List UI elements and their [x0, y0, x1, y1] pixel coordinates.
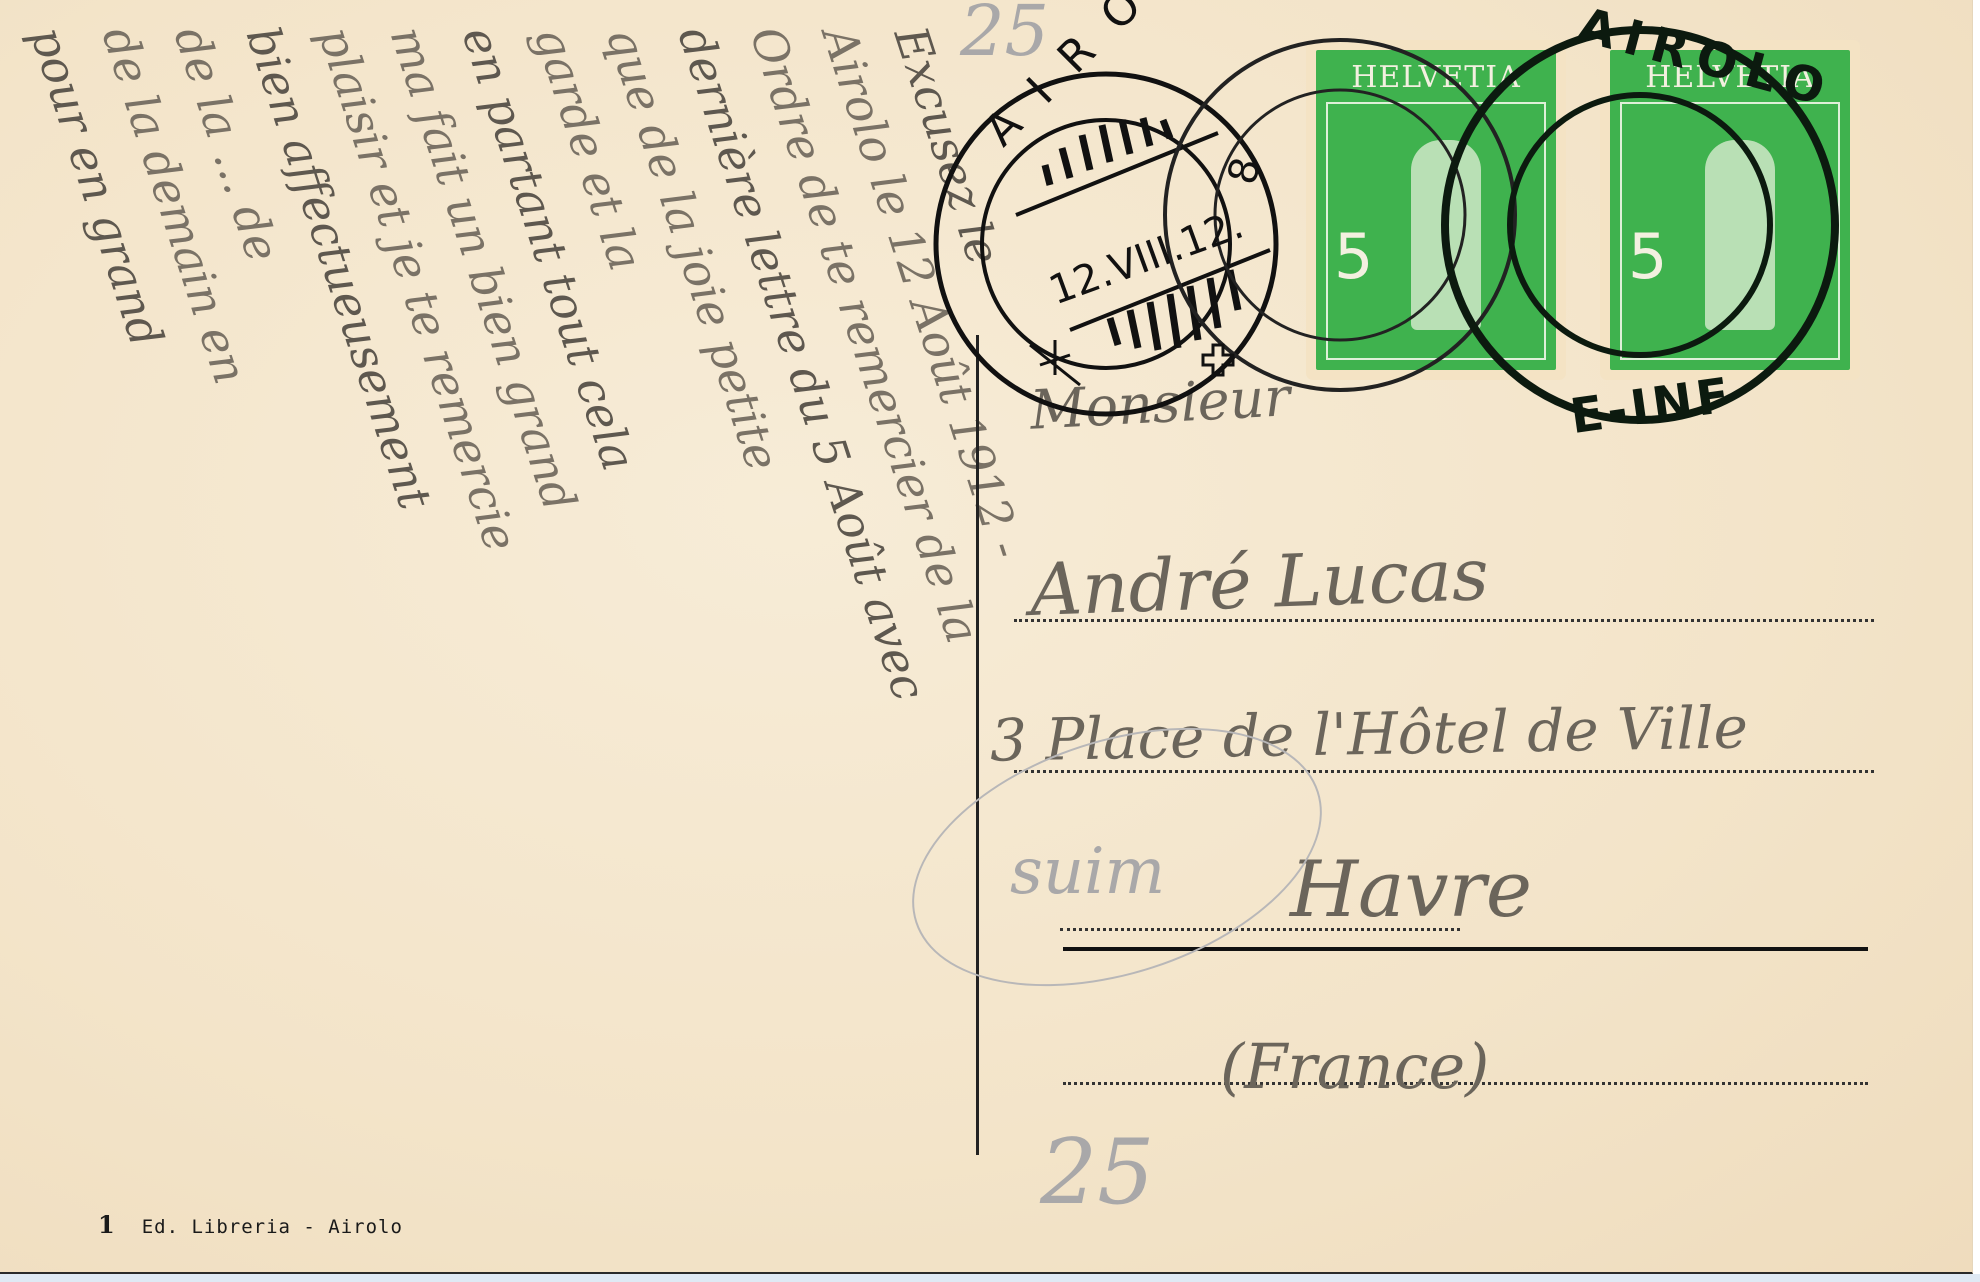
publisher-imprint: 1Ed. Libreria - Airolo — [98, 1210, 403, 1239]
postcard: Excusez leAirolo le 12 Août 1912 -Ordre … — [0, 0, 1973, 1274]
postmarks-layer — [0, 0, 1972, 1272]
card-number: 1 — [98, 1210, 116, 1239]
publisher-name: Ed. Libreria - Airolo — [142, 1216, 403, 1238]
scan-background-strip — [0, 1274, 1980, 1282]
